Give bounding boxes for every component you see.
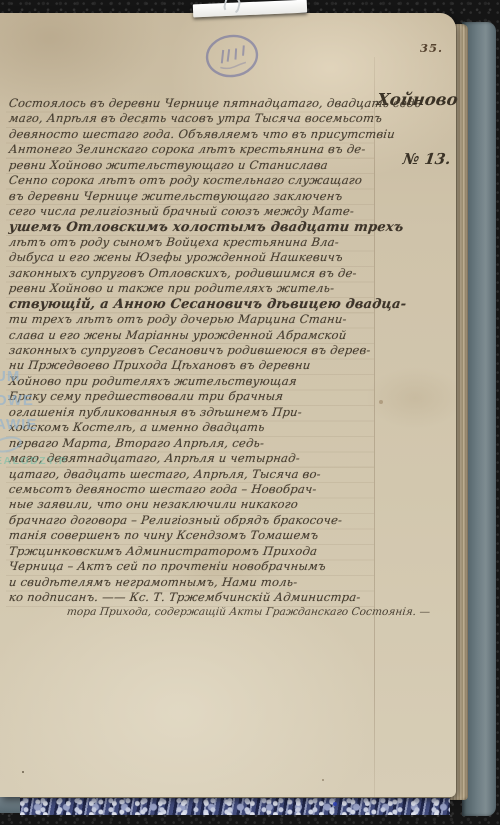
record-text-block: Состоялось въ деревни Чернице пятнадцата… [8, 96, 374, 605]
manuscript-page: 35. Хойново № 13. Состоялось въ деревни … [0, 13, 456, 797]
record-line: Черница – Актъ сей по прочтеніи новобрач… [8, 559, 376, 574]
record-line: ные заявили, что они незаключили никаког… [8, 497, 376, 512]
record-line: въ деревни Чернице жительствующаго заклю… [8, 189, 376, 204]
record-line: Состоялось въ деревни Чернице пятнадцата… [8, 96, 376, 111]
round-ink-stamp-icon [201, 30, 262, 82]
margin-note-act-number: № 13. [402, 150, 452, 168]
watermark-fragment: EALODZY.P [0, 453, 67, 469]
record-line: Тржцинковскимъ Администраторомъ Прихода [8, 544, 376, 559]
blue-ink-dot [333, 802, 337, 806]
record-line: законныхъ супруговъ Отловскихъ, родившим… [8, 266, 376, 281]
watermark-fragment: UM [0, 369, 20, 385]
record-line: ти трехъ лѣтъ отъ роду дочерью Марцина С… [8, 312, 376, 327]
record-line: перваго Марта, Втораго Апрѣля, седь- [8, 436, 376, 451]
record-line: ревни Хойново жительствующаго и Станисла… [8, 158, 376, 173]
record-line: девяносто шестаго года. Объявляемъ что в… [8, 127, 376, 142]
record-line: ревни Хойново и также при родителяхъ жит… [8, 281, 376, 296]
record-line: ушемъ Отловскимъ холостымъ двадцати трех… [8, 220, 376, 235]
record-line: брачнаго договора – Религіозный обрядъ б… [8, 513, 376, 528]
record-line: слава и его жены Маріанны урожденной Абр… [8, 328, 376, 343]
marbled-endpaper-strip [20, 797, 450, 815]
record-line: лѣтъ отъ роду сыномъ Войцеха крестьянина… [8, 235, 376, 250]
record-line: оглашенія публикованныя въ здѣшнемъ При- [8, 405, 376, 420]
record-line: танія совершенъ по чину Ксендзомъ Томаше… [8, 528, 376, 543]
record-line: ко подписанъ. —— Кс. Т. Тржембчинскій Ад… [8, 590, 376, 605]
record-line: ствующій, а Анною Сесановичъ дѣвицею два… [8, 297, 376, 312]
record-line: семьсотъ девяносто шестаго года – Новобр… [8, 482, 376, 497]
scanned-manuscript-photo: 35. Хойново № 13. Состоялось въ деревни … [0, 0, 500, 825]
record-line: законныхъ супруговъ Сесановичъ родившеюс… [8, 343, 376, 358]
record-line: и свидѣтелямъ неграмотнымъ, Нами толь- [8, 575, 376, 590]
record-line: маго, Апрѣля въ десять часовъ утра Тысяч… [8, 111, 376, 126]
record-line: ходскомъ Костелѣ, а именно двадцать [8, 420, 376, 435]
record-line: Сенпо сорока лѣтъ отъ роду костельнаго с… [8, 173, 376, 188]
record-line: Антонего Зелинскаго сорока лѣтъ крестьян… [8, 142, 376, 157]
record-line: Браку сему предшествовали три брачныя [8, 389, 376, 404]
watermark-fragment: OWE [0, 393, 34, 409]
record-closing-line: тора Прихода, содержащій Акты Гражданска… [66, 605, 431, 619]
record-line: дыбуса и его жены Юзефы урожденной Нашке… [8, 250, 376, 265]
record-line: сего числа религіозный брачный союзъ меж… [8, 204, 376, 219]
watermark-fragment: AWIE [0, 417, 37, 433]
page-number: 35. [420, 41, 443, 55]
foxing-specks [22, 771, 24, 773]
record-line: Хойново при родителяхъ жительствующая [8, 374, 376, 389]
record-line: ни Пржедвоево Прихода Цѣхановъ въ деревн… [8, 358, 376, 373]
